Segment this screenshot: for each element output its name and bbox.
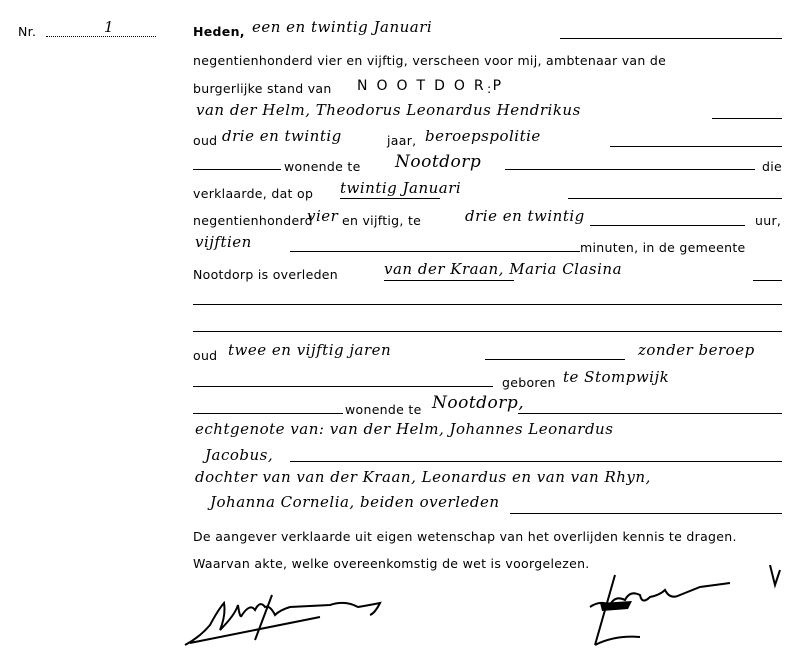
geboren-label: geboren (502, 375, 556, 390)
jaar-label: jaar, (387, 133, 416, 148)
spouse-continued-handwritten: Jacobus, (205, 446, 273, 464)
deceased-age-handwritten: twee en vijftig jaren (228, 341, 391, 359)
declarant-name-handwritten: van der Helm, Theodorus Leonardus Hendri… (196, 101, 581, 119)
closing-statement-1: De aangever verklaarde uit eigen wetensc… (193, 529, 737, 544)
spouse-handwritten: echtgenote van: van der Helm, Johannes L… (195, 420, 613, 438)
declarant-age-handwritten: drie en twintig (222, 127, 342, 145)
fill-line (510, 513, 782, 514)
heden-label: Heden, (193, 24, 245, 39)
blank-fill-line (193, 331, 782, 332)
text-line-3: burgerlijke stand van (193, 81, 332, 96)
closing-statement-2: Waarvan akte, welke overeenkomstig de we… (193, 556, 590, 571)
parents-handwritten: dochter van van der Kraan, Leonardus en … (195, 468, 651, 486)
date-of-declaration-handwritten: een en twintig Januari (252, 18, 432, 36)
uur-label: uur, (755, 213, 781, 228)
negentienhonderd-label: negentienhonderd (193, 213, 313, 228)
fill-line (290, 251, 580, 252)
deceased-name-handwritten: van der Kraan, Maria Clasina (384, 260, 622, 278)
record-number-dotted-line (46, 36, 156, 37)
fill-line (485, 359, 625, 360)
deceased-residence-handwritten: Nootdorp, (432, 393, 524, 413)
fill-line (610, 146, 782, 147)
year-part-handwritten: vier (307, 207, 338, 225)
oud-label-2: oud (193, 348, 217, 363)
hour-handwritten: drie en twintig (465, 207, 585, 225)
colon: : (487, 81, 492, 96)
fill-line (290, 461, 782, 462)
wonende-te-label: wonende te (284, 159, 361, 174)
declarant-occupation-handwritten: beroepspolitie (425, 127, 541, 145)
minuten-label: minuten, in de gemeente (580, 240, 746, 255)
record-number-value: 1 (104, 18, 114, 36)
minutes-handwritten: vijftien (195, 233, 252, 251)
overleden-label: Nootdorp is overleden (193, 267, 338, 282)
fill-line (712, 118, 782, 119)
underline (384, 280, 514, 281)
en-vijftig-te-label: en vijftig, te (342, 213, 421, 228)
fill-line (518, 413, 782, 414)
fill-line (568, 198, 782, 199)
verklaarde-label: verklaarde, dat op (193, 186, 313, 201)
parents-continued-handwritten: Johanna Cornelia, beiden overleden (210, 493, 500, 511)
oud-label: oud (193, 133, 217, 148)
declarant-residence-handwritten: Nootdorp (395, 152, 481, 172)
fill-line (193, 413, 343, 414)
signature-left (180, 585, 400, 650)
text-line-2: negentienhonderd vier en vijftig, versch… (193, 53, 666, 68)
fill-line (590, 225, 745, 226)
fill-line (560, 38, 782, 39)
underline (340, 198, 440, 199)
die-label: die (762, 159, 782, 174)
deceased-occupation-handwritten: zonder beroep (638, 341, 755, 359)
date-of-death-handwritten: twintig Januari (340, 179, 461, 197)
fill-line (505, 169, 755, 170)
record-number-label: Nr. (18, 24, 36, 39)
signature-right (570, 565, 790, 650)
fill-line (193, 169, 281, 170)
blank-fill-line (193, 304, 782, 305)
fill-line (193, 386, 493, 387)
deceased-birthplace-handwritten: te Stompwijk (563, 368, 669, 386)
wonende-te-label-2: wonende te (345, 402, 422, 417)
fill-line (753, 280, 782, 281)
